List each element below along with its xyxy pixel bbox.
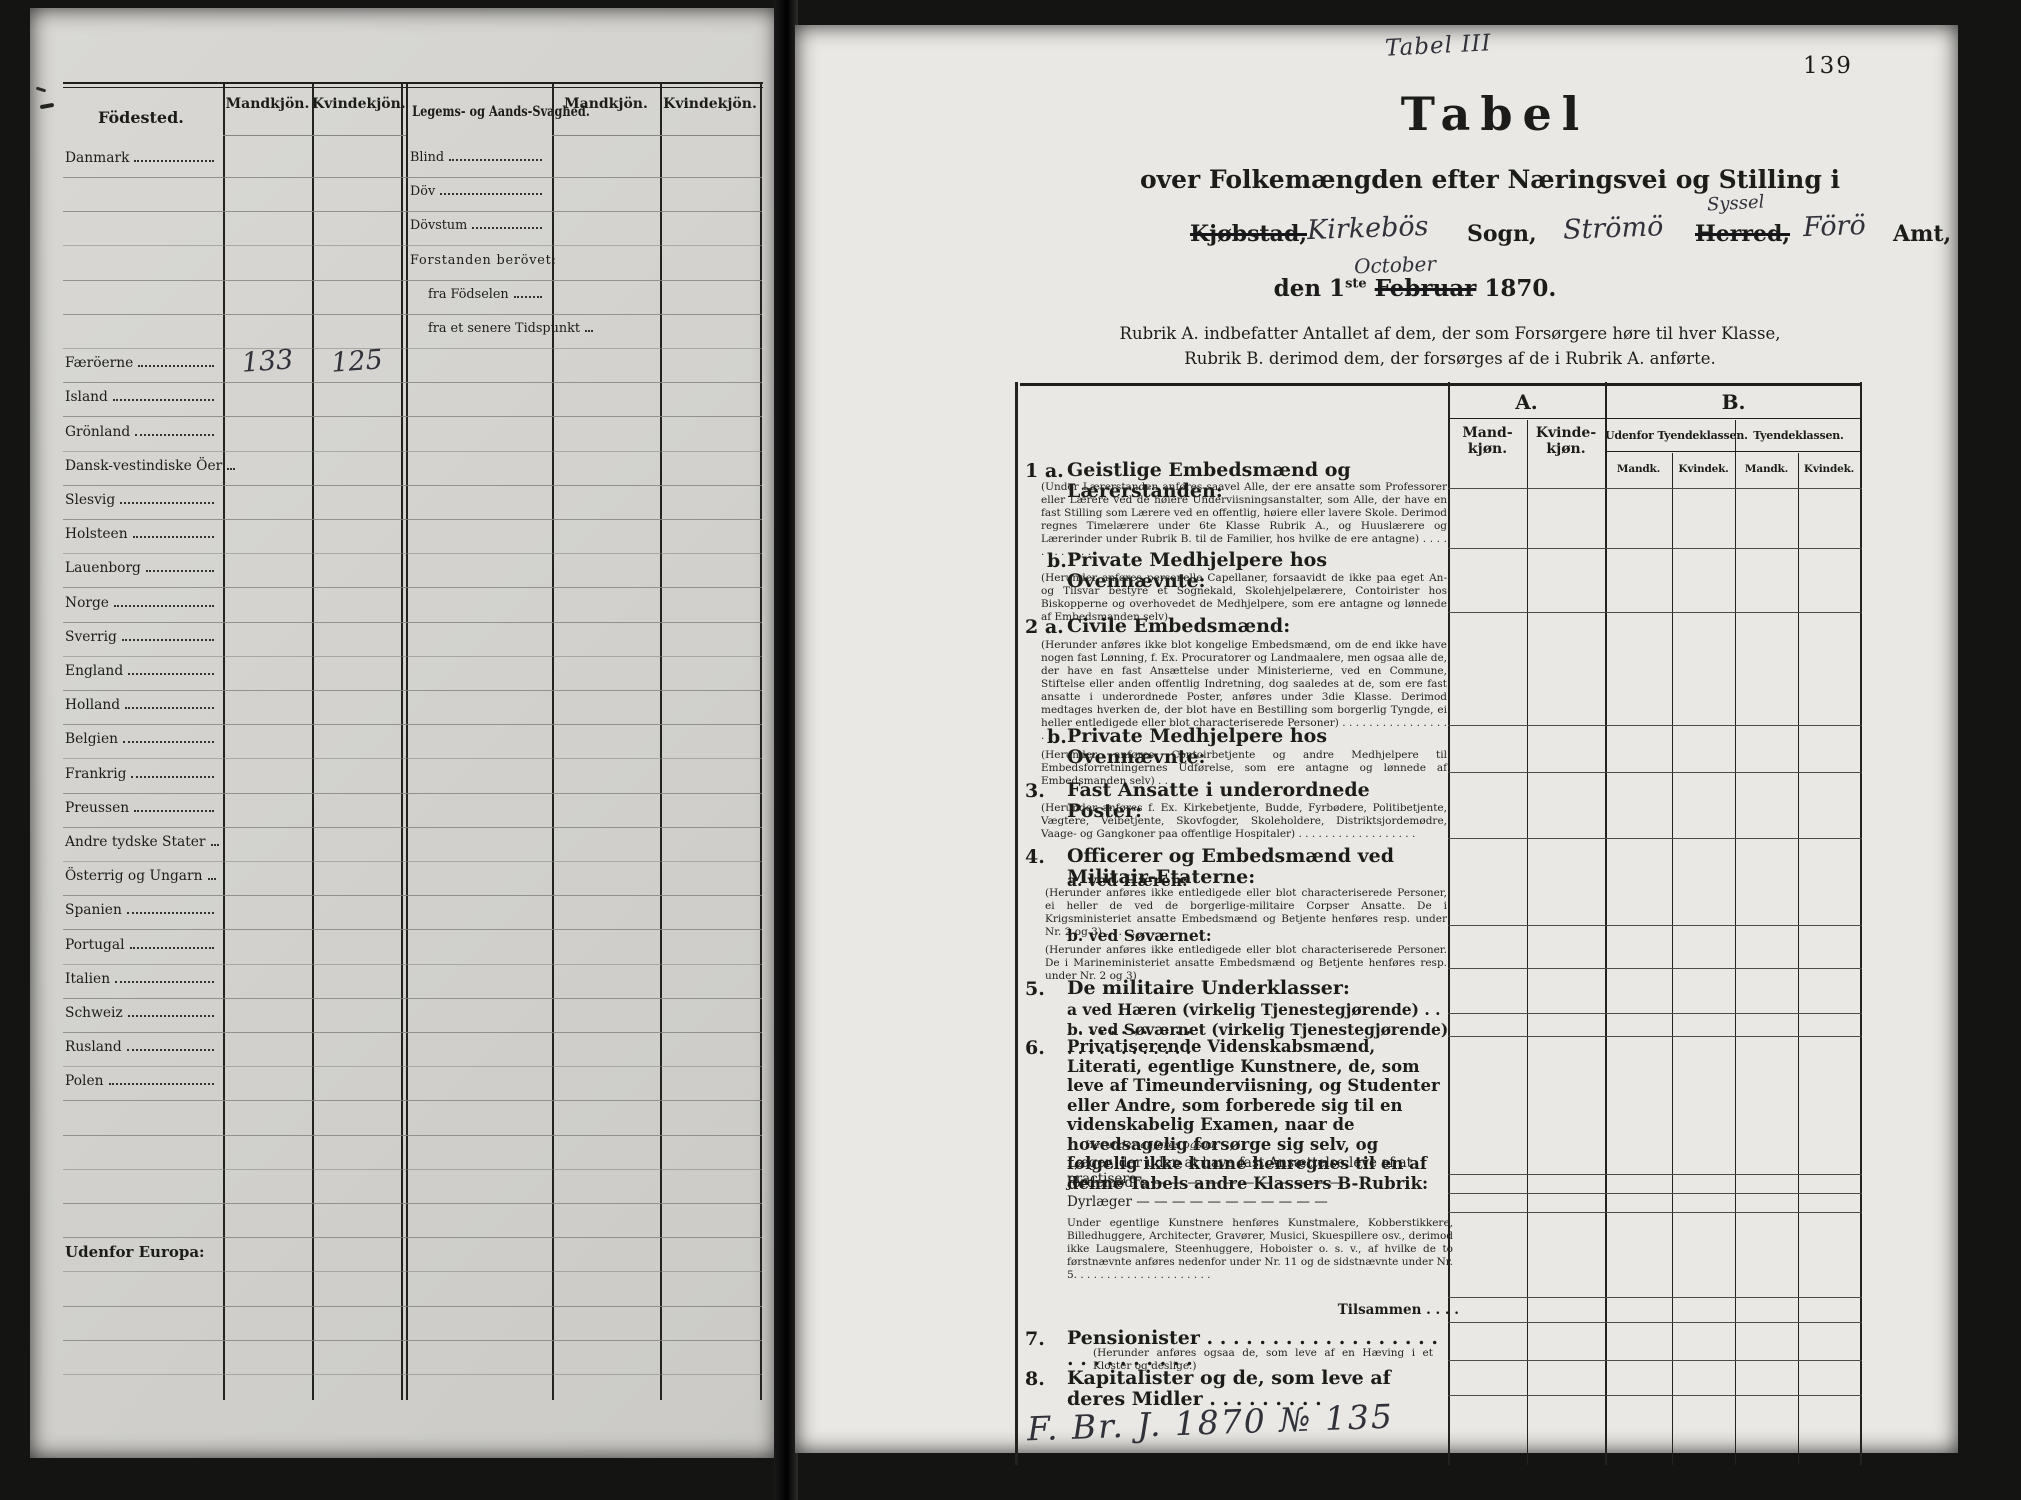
grid-header-a: A. (1448, 390, 1605, 414)
row-line (63, 177, 762, 178)
row-line (63, 758, 762, 759)
struck-herred: Herred, (1695, 221, 1790, 247)
dotted-leader (208, 877, 216, 880)
country-row: Norge (65, 592, 218, 614)
dotted-leader (135, 433, 214, 436)
rubrik-a-note: Rubrik A. indbefatter Antallet af dem, d… (1030, 324, 1870, 343)
row-line (63, 314, 762, 315)
row-line (63, 587, 762, 588)
row-number: 8. (1025, 1368, 1045, 1390)
header-rule (1605, 451, 1862, 452)
dotted-leader (514, 295, 542, 298)
row-title: De militaire Underklasser: (1067, 978, 1447, 999)
answer-row-line (1448, 725, 1862, 726)
dotted-leader (227, 467, 235, 470)
country-row: Frankrig (65, 763, 218, 785)
row-number: 5. (1025, 978, 1045, 1000)
table-column-line (1015, 382, 1018, 1465)
answer-row-line (1448, 1322, 1862, 1323)
table-column-line (1860, 382, 1862, 1465)
row-line (63, 280, 762, 281)
row-number: 6. (1025, 1037, 1045, 1059)
rubrik-b-note: Rubrik B. derimod dem, der forsørges af … (1030, 349, 1870, 368)
dotted-leader (146, 569, 214, 572)
row-label: Sverrig (65, 626, 117, 648)
country-row: Schweiz (65, 1002, 218, 1024)
document-subtitle: over Folkemængden efter Næringsvei og St… (1075, 165, 1905, 194)
date-line: den 1ste Februar 1870. (1215, 275, 1615, 302)
row-line (63, 1135, 762, 1136)
dotted-leader (113, 398, 214, 401)
dotted-leader (134, 809, 214, 812)
handwritten-district: Strömö (1562, 211, 1663, 245)
column-header-male: Mandkjön. (223, 96, 312, 112)
answer-row-line (1448, 488, 1862, 489)
country-row: Grönland (65, 421, 218, 443)
table-column-line (1798, 453, 1799, 1465)
row-line (63, 1169, 762, 1170)
scanned-document: Födested. Mandkjön. Kvindekjön. Legems- … (0, 0, 2021, 1500)
row-line (63, 793, 762, 794)
country-row: Italien (65, 968, 218, 990)
row-line (63, 1271, 762, 1272)
row-label: Andre tydske Stater (65, 831, 206, 853)
row-label: Forstanden berövet: (410, 250, 557, 272)
country-row: Preussen (65, 797, 218, 819)
country-row: Österrig og Ungarn (65, 865, 218, 887)
answer-row-line (1448, 1360, 1862, 1361)
row-number: b. (1047, 550, 1067, 572)
row-line (63, 519, 762, 520)
row-note: (Under Lærerstanden anføres saavel Alle,… (1041, 481, 1447, 559)
grid-header-a-male: Mand-kjøn. (1451, 425, 1524, 457)
row-label: Slesvig (65, 489, 115, 511)
row-extra: Jordemødre — — — — — — — — — — — (1067, 1175, 1459, 1191)
country-row: England (65, 660, 218, 682)
handwritten-value-female: 125 (311, 343, 403, 380)
answer-row-line (1448, 612, 1862, 613)
header-underline (223, 135, 406, 136)
pencil-tab-label: Tabel III (1384, 30, 1492, 62)
row-label: fra et senere Tidspunkt (428, 318, 580, 340)
struck-month: Februar (1375, 275, 1477, 302)
table-column-line (1527, 420, 1528, 1465)
row-line (63, 964, 762, 965)
row-line (63, 1066, 762, 1067)
handwritten-value-male: 133 (222, 343, 313, 380)
row-label: Island (65, 386, 108, 408)
grid-subheader: Mandk. (1605, 463, 1672, 475)
table-column-line (1605, 382, 1607, 1465)
dotted-leader (472, 226, 542, 229)
dotted-leader (115, 980, 214, 983)
amt-label: Amt, (1893, 221, 1951, 247)
handwritten-amt-name: Förö (1802, 210, 1866, 243)
country-row: Belgien (65, 728, 218, 750)
row-line (63, 211, 762, 212)
dotted-leader (122, 638, 214, 641)
country-row: Danmark (65, 147, 218, 169)
grid-subheader: Kvindek. (1798, 463, 1860, 475)
row-number: 4. (1025, 846, 1045, 868)
country-row: Island (65, 386, 218, 408)
rule (63, 82, 763, 84)
country-row: Andre tydske Stater (65, 831, 218, 853)
row-subitem: b. ved Søværnet: (1067, 926, 1449, 945)
country-row: Holland (65, 694, 218, 716)
row-label: Portugal (65, 934, 125, 956)
column-header-female-2: Kvindekjön. (660, 96, 760, 112)
dotted-leader (128, 1014, 214, 1017)
row-label: Udenfor Europa: (65, 1241, 205, 1263)
struck-kjobstad: Kjøbstad, (1190, 221, 1307, 247)
row-line (63, 998, 762, 999)
dotted-leader (120, 501, 214, 504)
row-number: b. (1047, 726, 1067, 748)
dotted-leader (123, 740, 214, 743)
row-label: Preussen (65, 797, 129, 819)
dotted-leader (125, 706, 214, 709)
dotted-leader (138, 364, 214, 367)
infirmity-row: Blind (410, 147, 546, 169)
row-line (63, 348, 762, 349)
grid-subheader: Kvindek. (1672, 463, 1735, 475)
ink-mark (40, 103, 54, 109)
country-row: Spanien (65, 899, 218, 921)
right-page: Tabel III 139 Tabel over Folkemængden ef… (795, 25, 1958, 1453)
row-extra: Under egentlige Kunstnere henføres Kunst… (1067, 1217, 1453, 1282)
dotted-leader (211, 843, 219, 846)
row-line (63, 929, 762, 930)
answer-row-line (1448, 548, 1862, 549)
date-prefix: den 1 (1274, 275, 1345, 302)
dotted-leader (130, 946, 214, 949)
column-header-birthplace: Födested. (98, 108, 184, 127)
row-extra: Dyrlæger — — — — — — — — — — — (1067, 1194, 1459, 1210)
row-label: Belgien (65, 728, 118, 750)
region-heading-row: Udenfor Europa: (65, 1241, 218, 1263)
handwritten-syssel: Syssel (1706, 192, 1764, 216)
row-line (63, 622, 762, 623)
dotted-leader (585, 329, 593, 332)
row-line (63, 827, 762, 828)
infirmity-row: fra Födselen (428, 284, 546, 306)
country-row: Holsteen (65, 523, 218, 545)
row-label: Norge (65, 592, 109, 614)
row-label: Dövstum (410, 215, 467, 237)
dotted-leader (131, 775, 214, 778)
row-line (63, 553, 762, 554)
row-line (63, 690, 762, 691)
infirmity-row: Forstanden berövet: (410, 250, 546, 272)
column-header-infirmity: Legems- og Aands-Svaghed. (412, 104, 540, 120)
column-header-male-2: Mandkjön. (552, 96, 660, 112)
country-row: Færöerne (65, 352, 218, 374)
row-line (63, 861, 762, 862)
row-number: 1 a. (1025, 460, 1064, 482)
sogn-label: Sogn, (1467, 221, 1537, 247)
row-line (63, 1100, 762, 1101)
row-extra: Herunder anføres ogsaa: (1085, 1139, 1285, 1152)
dotted-leader (128, 672, 214, 675)
row-label: fra Födselen (428, 284, 509, 306)
row-line (63, 1203, 762, 1204)
row-label: Polen (65, 1070, 104, 1092)
table-top-rule (1020, 383, 1862, 386)
row-label: Italien (65, 968, 110, 990)
left-page: Födested. Mandkjön. Kvindekjön. Legems- … (30, 8, 778, 1458)
answer-row-line (1448, 1193, 1862, 1194)
answer-row-line (1448, 838, 1862, 839)
row-label: Blind (410, 147, 444, 169)
row-label: Danmark (65, 147, 129, 169)
rule (63, 87, 763, 88)
header-rule (1448, 418, 1862, 419)
dotted-leader (134, 159, 214, 162)
row-line (63, 451, 762, 452)
row-line (63, 485, 762, 486)
row-line (63, 1032, 762, 1033)
page-number: 139 (1803, 53, 1853, 79)
table-column-line (1672, 453, 1673, 1465)
answer-row-line (1448, 1174, 1862, 1175)
dotted-leader (449, 158, 542, 161)
row-label: Döv (410, 181, 435, 203)
answer-row-line (1448, 1395, 1862, 1396)
row-label: Holland (65, 694, 120, 716)
dotted-leader (133, 535, 214, 538)
country-row: Portugal (65, 934, 218, 956)
row-label: England (65, 660, 123, 682)
grid-header-b-out: Udenfor Tyendeklassen. (1605, 429, 1735, 442)
row-label: Holsteen (65, 523, 128, 545)
document-title: Tabel (1075, 87, 1915, 141)
answer-row-line (1448, 1013, 1862, 1014)
dotted-leader (114, 604, 214, 607)
date-year: 1870. (1484, 275, 1556, 302)
table-column-line (1735, 420, 1736, 1465)
answer-row-line (1448, 968, 1862, 969)
handwritten-parish: Kirkebös (1306, 211, 1428, 246)
row-label: Færöerne (65, 352, 133, 374)
row-line (63, 1340, 762, 1341)
country-row: Sverrig (65, 626, 218, 648)
infirmity-row: Döv (410, 181, 546, 203)
grid-header-a-female: Kvinde-kjøn. (1529, 425, 1603, 457)
row-line (63, 1374, 762, 1375)
row-label: Österrig og Ungarn (65, 865, 203, 887)
row-number: 3. (1025, 780, 1045, 802)
grid-subheader: Mandk. (1735, 463, 1798, 475)
row-number: 2 a. (1025, 616, 1064, 638)
row-label: Schweiz (65, 1002, 123, 1024)
infirmity-row: Dövstum (410, 215, 546, 237)
row-line (63, 1237, 762, 1238)
answer-row-line (1448, 772, 1862, 773)
row-label: Rusland (65, 1036, 122, 1058)
row-label: Grönland (65, 421, 130, 443)
country-row: Slesvig (65, 489, 218, 511)
row-line (63, 245, 762, 246)
row-line (63, 895, 762, 896)
dotted-leader (440, 192, 542, 195)
row-extra: Tilsammen . . . . (1067, 1302, 1459, 1318)
column-header-female: Kvindekjön. (312, 96, 402, 112)
dotted-leader (127, 911, 214, 914)
row-line (63, 382, 762, 383)
answer-row-line (1448, 925, 1862, 926)
country-row: Polen (65, 1070, 218, 1092)
row-label: Lauenborg (65, 557, 141, 579)
answer-row-line (1448, 1212, 1862, 1213)
row-line (63, 724, 762, 725)
grid-header-b-in: Tyendeklassen. (1735, 429, 1862, 442)
infirmity-row: fra et senere Tidspunkt (428, 318, 546, 340)
country-row: Dansk-vestindiske Öer (65, 455, 218, 477)
country-row: Rusland (65, 1036, 218, 1058)
row-line (63, 416, 762, 417)
header-underline (552, 135, 760, 136)
answer-row-line (1448, 1297, 1862, 1298)
row-label: Frankrig (65, 763, 126, 785)
row-number: 7. (1025, 1328, 1045, 1350)
row-label: Spanien (65, 899, 122, 921)
row-line (63, 656, 762, 657)
dotted-leader (109, 1082, 215, 1085)
row-label: Dansk-vestindiske Öer (65, 455, 222, 477)
date-ordinal: ste (1345, 276, 1367, 291)
answer-row-line (1448, 1036, 1862, 1037)
row-line (63, 1306, 762, 1307)
dotted-leader (127, 1048, 214, 1051)
grid-header-b: B. (1605, 390, 1862, 414)
ink-mark (36, 87, 46, 93)
row-note: (Herunder anføres f. Ex. Kirkebetjente, … (1041, 802, 1447, 841)
country-row: Lauenborg (65, 557, 218, 579)
row-title: Civile Embedsmænd: (1067, 616, 1447, 637)
